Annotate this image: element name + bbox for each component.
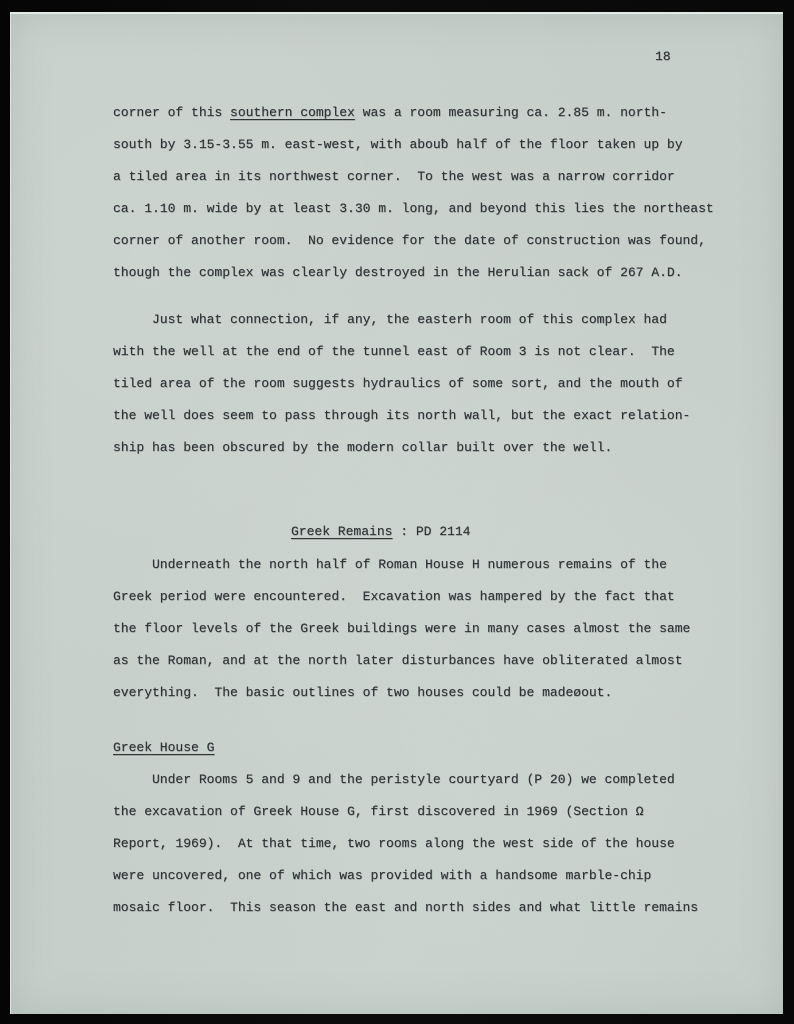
text-line: everything. The basic outlines of two ho… [113,677,690,709]
text-line: were uncovered, one of which was provide… [113,860,698,892]
text-line: ca. 1.10 m. wide by at least 3.30 m. lon… [113,193,714,225]
section-heading-greek-remains: Greek Remains : PD 2114 [291,516,470,548]
page-number: 18 [655,41,671,73]
text-segment: corner of this [113,105,230,120]
text-line: the well does seem to pass through its n… [113,400,690,432]
text-segment: was a room measuring ca. 2.85 m. north- [355,105,667,120]
text-line: mosaic floor. This season the east and n… [113,892,698,924]
scan-background: 18 corner of this southern complex was a… [0,0,794,1024]
paragraph-roman-complex: corner of this southern complex was a ro… [113,97,714,289]
text-line: as the Roman, and at the north later dis… [113,645,690,677]
text-line: Just what connection, if any, the easter… [113,304,690,336]
text-line: Under Rooms 5 and 9 and the peristyle co… [113,764,698,796]
text-line: Report, 1969). At that time, two rooms a… [113,828,698,860]
text-line: though the complex was clearly destroyed… [113,257,714,289]
underlined-phrase-southern-complex: southern complex [230,105,355,120]
text-line: with the well at the end of the tunnel e… [113,336,690,368]
heading-underlined-text: Greek Remains [291,524,392,539]
heading-underlined-text: Greek House G [113,740,214,755]
paragraph-greek-house-g: Under Rooms 5 and 9 and the peristyle co… [113,764,698,924]
heading-rest-text: : PD 2114 [392,524,470,539]
text-line: the floor levels of the Greek buildings … [113,613,690,645]
heading-line: Greek House G [113,732,214,764]
paragraph-greek-remains: Underneath the north half of Roman House… [113,549,690,709]
text-line: tiled area of the room suggests hydrauli… [113,368,690,400]
section-heading-greek-house-g: Greek House G [113,732,214,764]
text-line: a tiled area in its northwest corner. To… [113,161,714,193]
text-line: corner of this southern complex was a ro… [113,97,714,129]
text-line: corner of another room. No evidence for … [113,225,714,257]
paragraph-well-connection: Just what connection, if any, the easter… [113,304,690,464]
text-line: Underneath the north half of Roman House… [113,549,690,581]
text-line: Greek period were encountered. Excavatio… [113,581,690,613]
text-line: the excavation of Greek House G, first d… [113,796,698,828]
heading-line: Greek Remains : PD 2114 [291,516,470,548]
text-line: ship has been obscured by the modern col… [113,432,690,464]
document-page: 18 corner of this southern complex was a… [10,12,783,1014]
text-line: south by 3.15-3.55 m. east-west, with ab… [113,129,714,161]
